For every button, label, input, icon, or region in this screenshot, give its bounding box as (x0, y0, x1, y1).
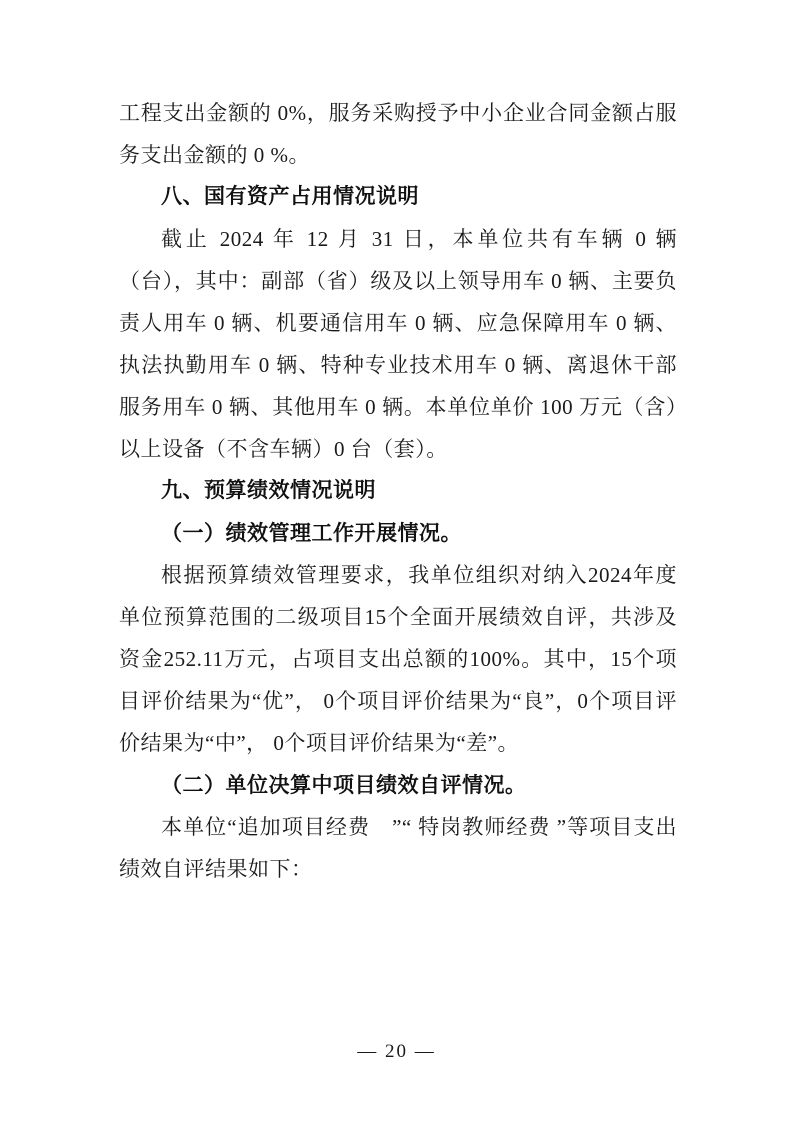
paragraph-project-list-intro: 本单位“追加项目经费 ”“ 特岗教师经费 ”等项目支出绩效自评结果如下： (119, 806, 677, 890)
sub-heading-performance-management: （一）绩效管理工作开展情况。 (119, 512, 677, 554)
sub-heading-project-self-evaluation: （二）单位决算中项目绩效自评情况。 (119, 764, 677, 806)
document-content: 工程支出金额的 0%，服务采购授予中小企业合同金额占服务支出金额的 0 %。 八… (119, 92, 677, 890)
page-number: — 20 — (0, 1038, 793, 1066)
paragraph-performance-self-evaluation: 根据预算绩效管理要求，我单位组织对纳入2024年度单位预算范围的二级项目15个全… (119, 554, 677, 764)
document-page: 工程支出金额的 0%，服务采购授予中小企业合同金额占服务支出金额的 0 %。 八… (0, 0, 793, 1122)
section-heading-9: 九、预算绩效情况说明 (119, 470, 677, 512)
paragraph-state-assets: 截止 2024 年 12 月 31 日，本单位共有车辆 0 辆（台），其中：副部… (119, 218, 677, 470)
paragraph-continuation: 工程支出金额的 0%，服务采购授予中小企业合同金额占服务支出金额的 0 %。 (119, 92, 677, 176)
section-heading-8: 八、国有资产占用情况说明 (119, 176, 677, 218)
